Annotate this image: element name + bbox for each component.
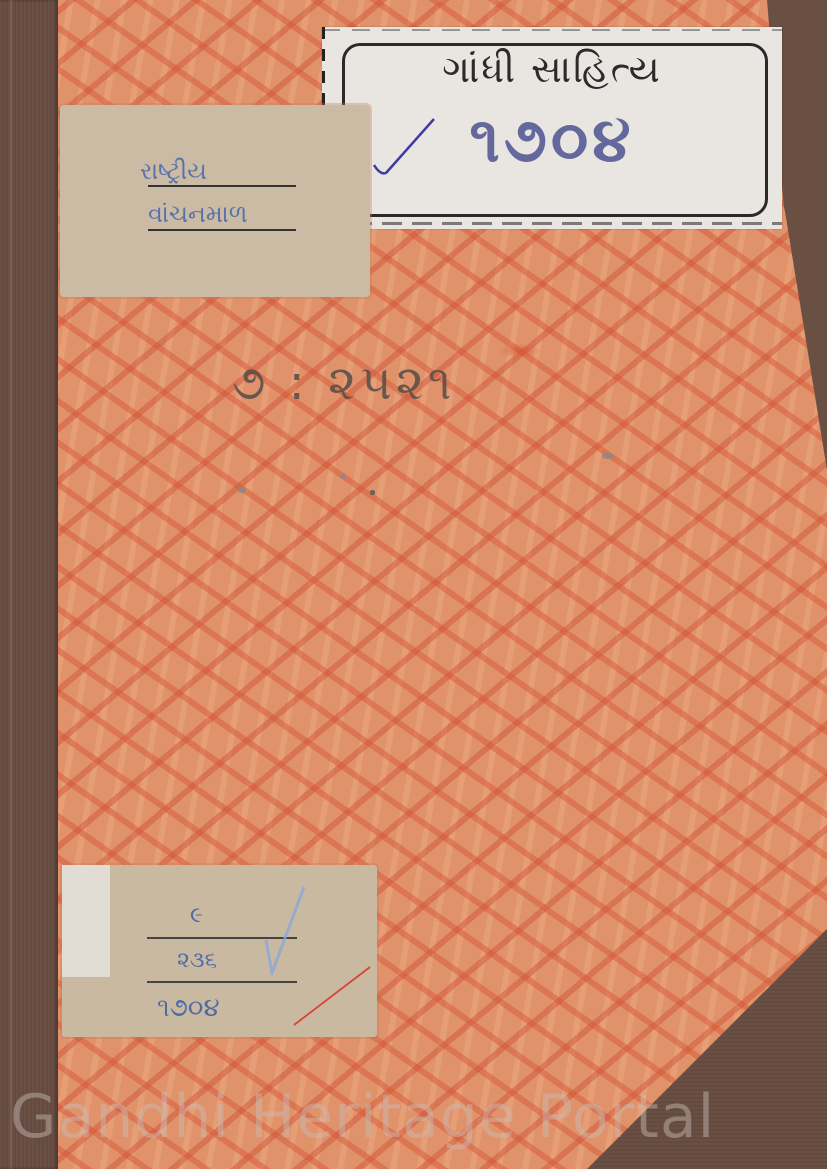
rule-2 [147, 981, 297, 983]
label-title: ગાંધી સાહિત્ય [322, 47, 782, 92]
check-mark-icon [372, 117, 442, 187]
call-number-line-1: ૯ [190, 903, 203, 928]
torn-patch [62, 865, 110, 977]
pencil-v-mark-icon [260, 885, 310, 975]
red-tick-mark-icon [292, 965, 372, 1035]
label-line-1: રાષ્ટ્રીય [140, 157, 207, 185]
paper-speck [602, 453, 614, 459]
watermark-text: Gandhi Heritage Portal [10, 1082, 715, 1152]
call-number-line-2: ૨૩૬ [177, 948, 217, 973]
perforation-bottom [322, 222, 782, 225]
paper-speck [370, 490, 375, 495]
call-number-line-3: ૧૭૦૪ [157, 993, 220, 1024]
library-label-rashtriya: રાષ્ટ્રીય વાંચનમાળ [60, 105, 370, 297]
underline-1 [148, 185, 296, 187]
spine-edge [10, 0, 12, 1169]
underline-2 [148, 229, 296, 231]
label-line-2: વાંચનમાળ [148, 200, 247, 228]
perforation-top [322, 29, 782, 31]
book-cover: ગાંધી સાહિત્ય ૧૭૦૪ રાષ્ટ્રીય વાંચનમાળ ૭ … [0, 0, 827, 1169]
paper-speck [340, 474, 346, 479]
library-label-gandhi-sahitya: ગાંધી સાહિત્ય ૧૭૦૪ [322, 27, 782, 229]
cloth-spine [0, 0, 58, 1169]
handwritten-shelf-mark: ૭ : ૨૫૨૧ [232, 355, 455, 412]
call-number-label: ૯ ૨૩૬ ૧૭૦૪ [62, 865, 377, 1037]
paper-speck [238, 487, 246, 493]
